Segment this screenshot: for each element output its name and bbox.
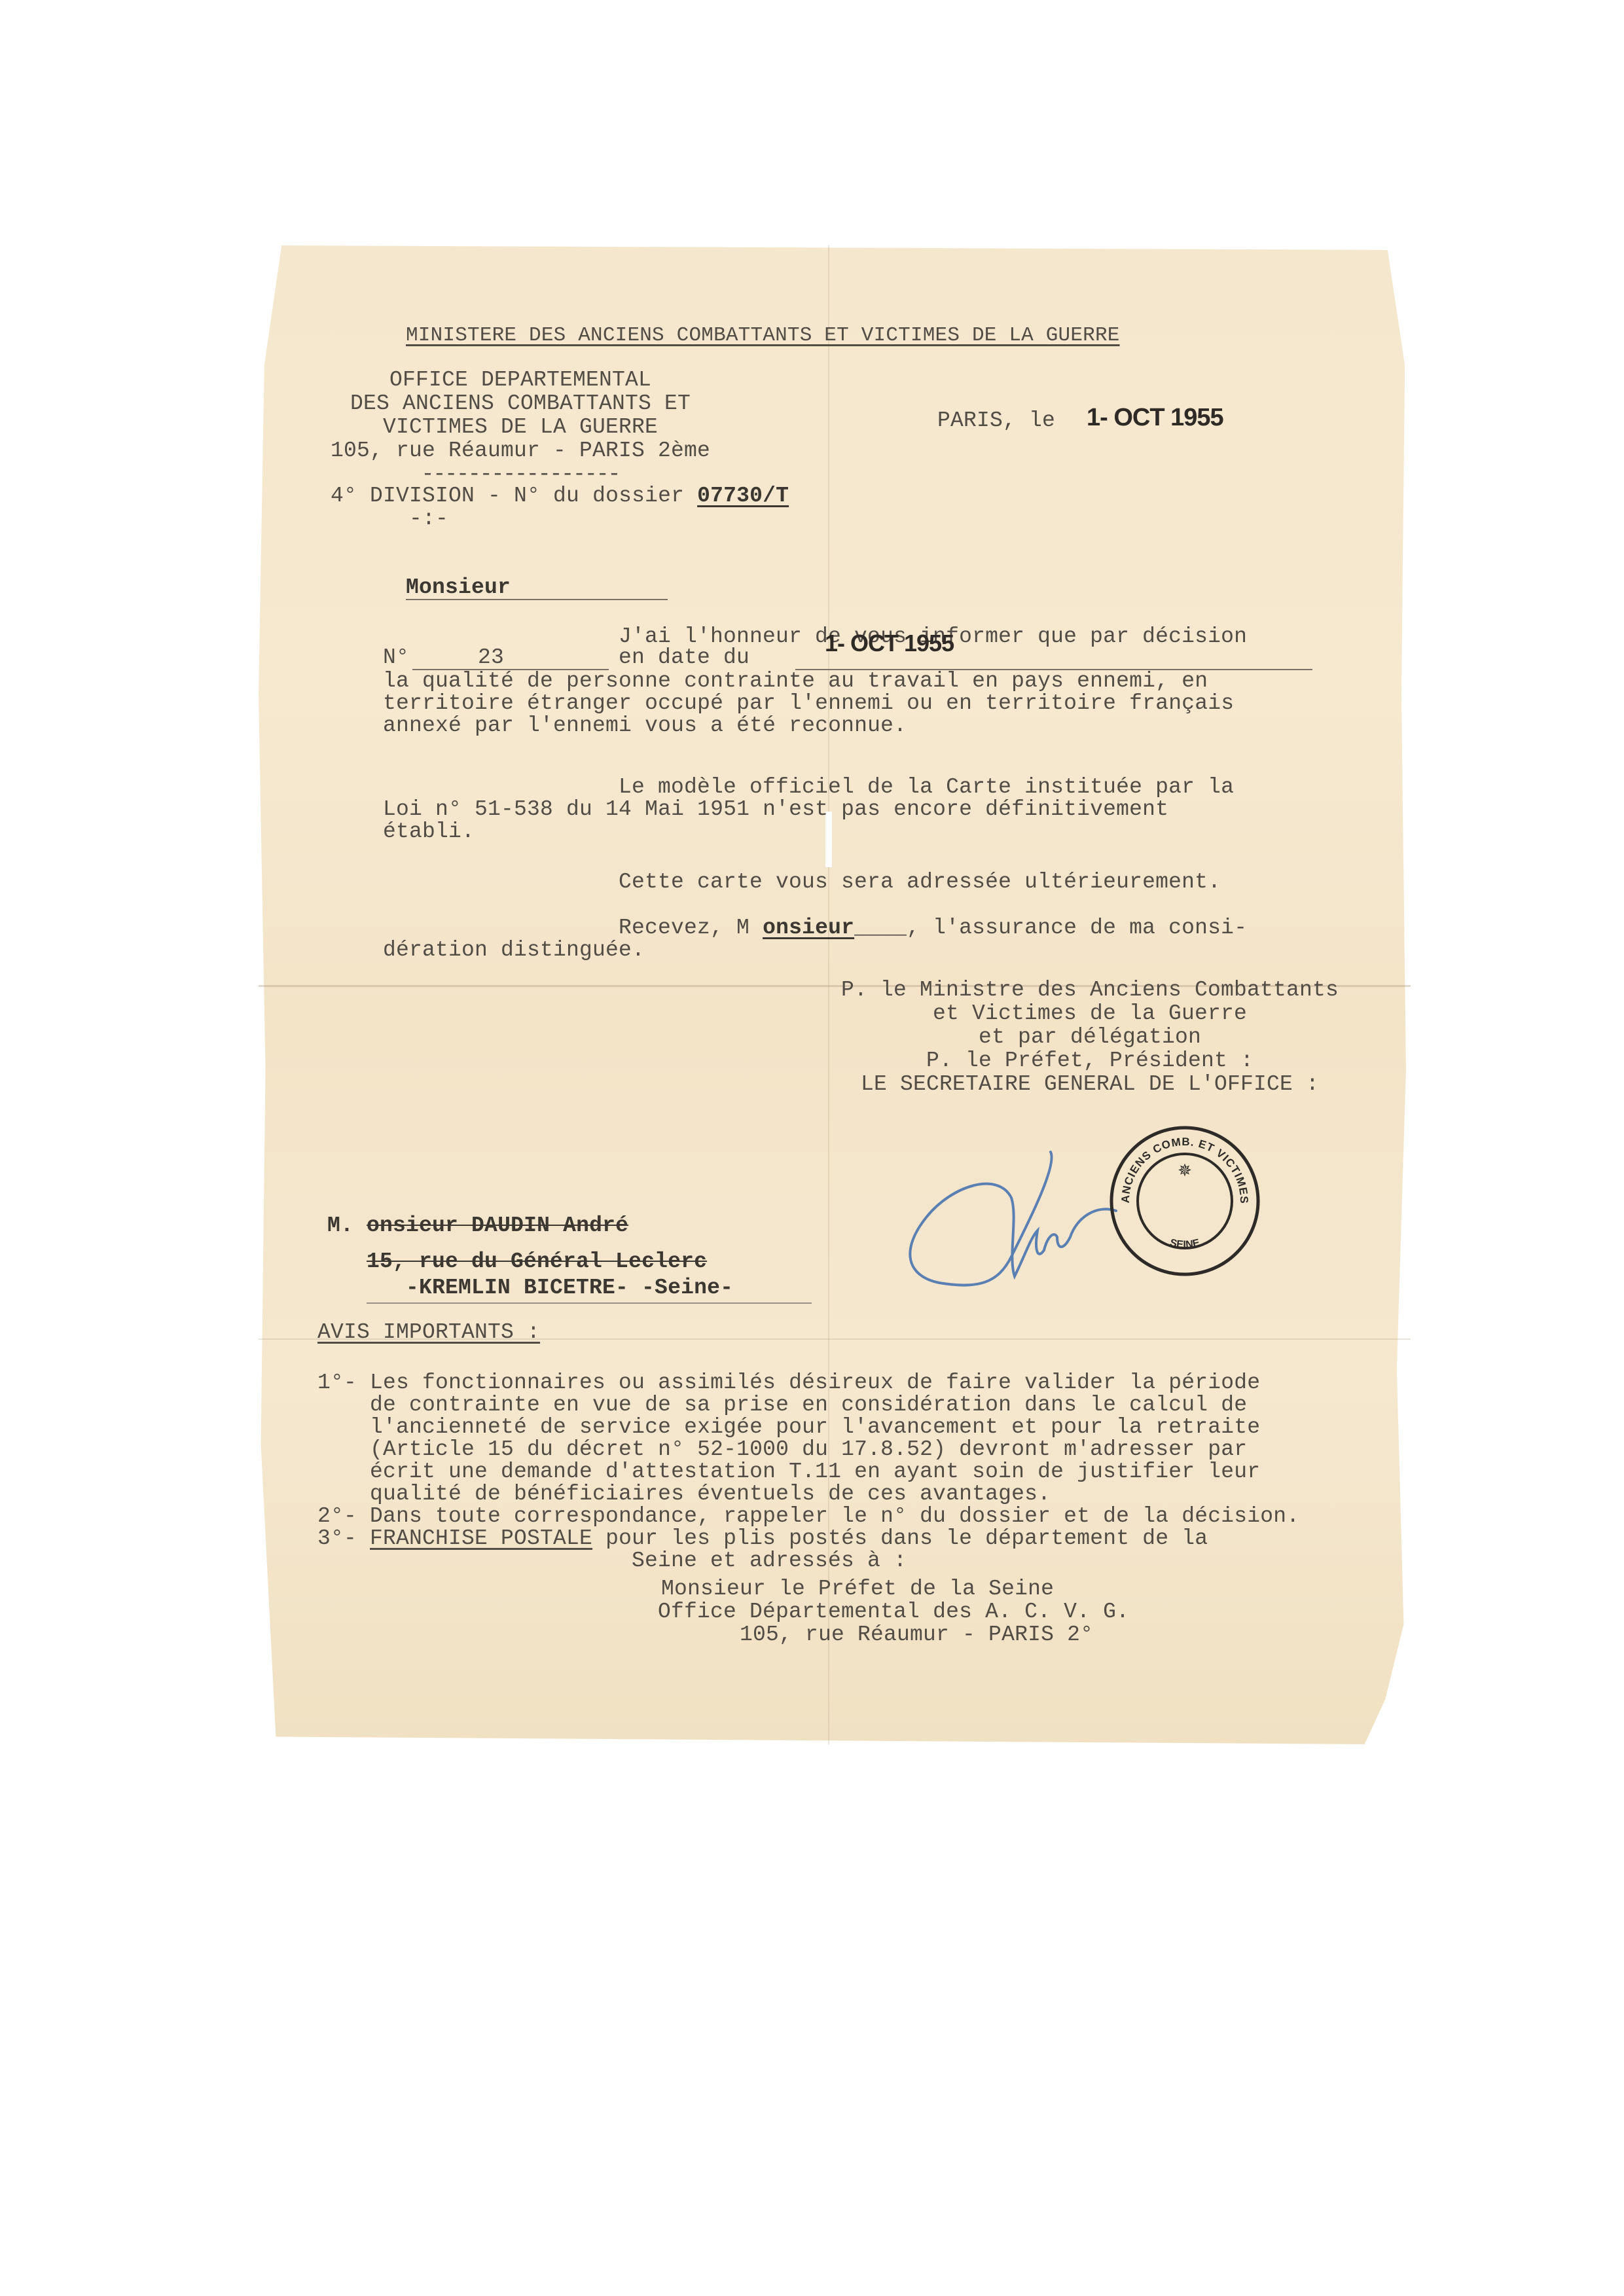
closing-line: Recevez, M onsieur____, l'assurance de m… bbox=[619, 916, 1247, 940]
place-date-label: PARIS, le bbox=[937, 409, 1055, 433]
body-line: la qualité de personne contrainte au tra… bbox=[383, 670, 1208, 693]
notice-line: Les fonctionnaires ou assimilés désireux… bbox=[370, 1371, 1260, 1395]
body-line: Cette carte vous sera adressée ultérieur… bbox=[619, 870, 1221, 894]
decision-label: N° bbox=[383, 646, 409, 670]
letter-date-stamp: 1- OCT 1955 bbox=[1087, 406, 1223, 429]
division-reference: 4° DIVISION - N° du dossier 07730/T bbox=[331, 484, 789, 508]
division-label: 4° DIVISION - N° du dossier bbox=[331, 484, 684, 508]
postal-address-line: Office Départemental des A. C. V. G. bbox=[658, 1600, 1129, 1624]
notice-line: FRANCHISE POSTALE pour les plis postés d… bbox=[370, 1527, 1208, 1551]
decision-date-stamp: 1- OCT 1955 bbox=[825, 632, 954, 655]
notice-line: (Article 15 du décret n° 52-1000 du 17.8… bbox=[370, 1438, 1247, 1462]
official-stamp: OFFICE DES ANCIENS COMB. ET VICTIMES DE … bbox=[1106, 1122, 1263, 1280]
notice-line: Dans toute correspondance, rappeler le n… bbox=[370, 1505, 1299, 1528]
notice-text: pour les plis postés dans le département… bbox=[605, 1526, 1208, 1551]
notice-line: l'ancienneté de service exigée pour l'av… bbox=[370, 1416, 1260, 1439]
recipient-name: onsieur DAUDIN André bbox=[367, 1213, 628, 1238]
body-line: Loi n° 51-538 du 14 Mai 1951 n'est pas e… bbox=[383, 798, 1168, 821]
signature-line: LE SECRETAIRE GENERAL DE L'OFFICE : bbox=[808, 1073, 1371, 1096]
office-line: DES ANCIENS COMBATTANTS ET bbox=[308, 392, 733, 416]
postal-address-line: 105, rue Réaumur - PARIS 2° bbox=[740, 1623, 1093, 1647]
body-line: dération distinguée. bbox=[383, 939, 645, 962]
recipient-city: -KREMLIN BICETRE- -Seine- bbox=[406, 1276, 733, 1300]
decision-number: 23 bbox=[478, 646, 504, 670]
notice-line: Seine et adressés à : bbox=[632, 1549, 907, 1573]
notice-line: écrit une demande d'attestation T.11 en … bbox=[370, 1460, 1260, 1484]
recipient-prefix: M. bbox=[327, 1213, 353, 1238]
ornament: -:- bbox=[409, 507, 448, 531]
svg-text:SEINE: SEINE bbox=[1168, 1237, 1201, 1250]
signature-line: et Victimes de la Guerre bbox=[808, 1002, 1371, 1026]
office-line: VICTIMES DE LA GUERRE bbox=[308, 416, 733, 439]
body-line: annexé par l'ennemi vous a été reconnue. bbox=[383, 714, 907, 738]
office-line: OFFICE DEPARTEMENTAL bbox=[308, 368, 733, 392]
handwritten-signature bbox=[900, 1126, 1129, 1296]
notice-line: de contrainte en vue de sa prise en cons… bbox=[370, 1393, 1247, 1417]
svg-text:✵: ✵ bbox=[1178, 1161, 1192, 1181]
closing-prefix: Recevez, M bbox=[619, 916, 749, 940]
signature-block: P. le Ministre des Anciens Combattants e… bbox=[808, 978, 1371, 1096]
postal-address-line: Monsieur le Préfet de la Seine bbox=[661, 1577, 1054, 1601]
salutation: Monsieur bbox=[406, 576, 511, 600]
recipient-street: 15, rue du Général Leclerc bbox=[367, 1250, 707, 1274]
notice-number: 3°- bbox=[317, 1527, 357, 1551]
franchise-postale: FRANCHISE POSTALE bbox=[370, 1526, 592, 1551]
office-line: 105, rue Réaumur - PARIS 2ème bbox=[308, 439, 733, 463]
signature-line: P. le Ministre des Anciens Combattants bbox=[808, 978, 1371, 1002]
notice-number: 1°- bbox=[317, 1371, 357, 1395]
closing-suffix: , l'assurance de ma consi- bbox=[907, 916, 1247, 940]
dossier-number: 07730/T bbox=[697, 484, 789, 508]
signature-line: P. le Préfet, Président : bbox=[808, 1049, 1371, 1073]
notice-line: qualité de bénéficiaires éventuels de ce… bbox=[370, 1482, 1051, 1506]
signature-line: et par délégation bbox=[808, 1026, 1371, 1049]
body-line: territoire étranger occupé par l'ennemi … bbox=[383, 692, 1234, 715]
body-line: Le modèle officiel de la Carte instituée… bbox=[619, 776, 1234, 799]
office-separator: ----------------- bbox=[308, 463, 733, 486]
ministry-heading: MINISTERE DES ANCIENS COMBATTANTS ET VIC… bbox=[406, 324, 1120, 348]
fill-line bbox=[367, 1302, 812, 1304]
date-label: en date du bbox=[619, 646, 749, 670]
office-address-block: OFFICE DEPARTEMENTAL DES ANCIENS COMBATT… bbox=[308, 368, 733, 486]
fill-line bbox=[406, 599, 668, 600]
body-line: établi. bbox=[383, 820, 475, 844]
closing-fill: onsieur bbox=[763, 916, 854, 940]
recipient-name-line: M. onsieur DAUDIN André bbox=[327, 1214, 628, 1238]
notice-number: 2°- bbox=[317, 1505, 357, 1528]
notices-title: AVIS IMPORTANTS : bbox=[317, 1321, 540, 1344]
